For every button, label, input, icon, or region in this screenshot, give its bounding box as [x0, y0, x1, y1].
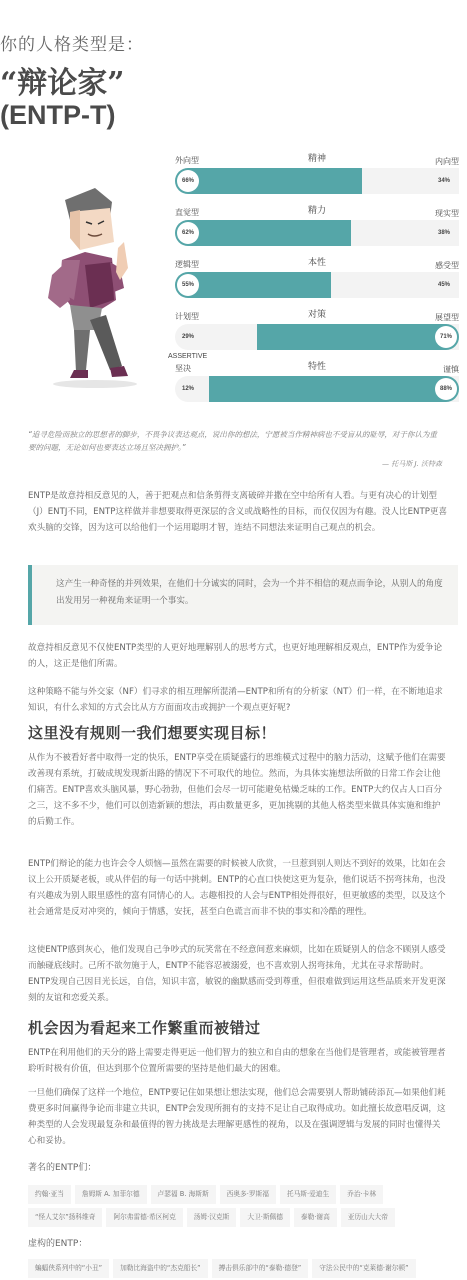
section-heading-missed-opportunities: 机会因为看起来工作繁重而被错过: [28, 1017, 261, 1038]
trait-bar: 66% 34%: [175, 168, 459, 194]
fictional-character-tag[interactable]: 搏击俱乐部中的“泰勒·德登”: [212, 1259, 309, 1278]
famous-person-tag[interactable]: 亚历山大大帝: [341, 1208, 395, 1227]
personality-type-name: “辩论家”: [0, 58, 467, 102]
paragraph-3: 这种策略不能与外交家（NF）们寻求的相互理解所混淆—ENTP和所有的分析家（NT…: [28, 684, 448, 716]
famous-person-tag[interactable]: 西奥多·罗斯福: [220, 1185, 276, 1204]
paragraph-intro: ENTP是故意持相反意见的人，善于把观点和信条剪得支离破碎并撒在空中给所有人看。…: [28, 488, 448, 536]
trait-right-percent: 45%: [433, 274, 455, 296]
trait-bar-fill: [257, 324, 459, 350]
trait-category: 精神: [175, 151, 459, 164]
result-subtitle: 你的人格类型是：: [0, 30, 467, 55]
trait-left-percent: 66%: [177, 170, 199, 192]
trait-category: 本性: [175, 255, 459, 268]
fictional-character-tag[interactable]: 加勒比海盗中的“杰克船长”: [113, 1259, 208, 1278]
trait-bar: 12% 88%: [175, 376, 459, 402]
paragraph-2: 故意持相反意见不仅使ENTP类型的人更好地理解别人的思考方式，也更好地理解相反观…: [28, 640, 448, 672]
trait-bar: 62% 38%: [175, 220, 459, 246]
trait-energy: 直觉型 精力 现实型 62% 38%: [175, 207, 459, 251]
trait-mind: 外向型 精神 内向型 66% 34%: [175, 155, 459, 199]
trait-tactics: 计划型 对策 展望型 29% 71%: [175, 311, 459, 355]
trait-left-percent: 29%: [177, 326, 199, 348]
trait-right-label: 感受型: [435, 260, 459, 271]
highlight-blockquote: 这产生一种奇怪的并列效果，在他们十分诚实的同时，会为一个并不相信的观点而争论，从…: [28, 565, 458, 625]
trait-bar-fill: [209, 376, 459, 402]
trait-right-percent: 38%: [433, 222, 455, 244]
personality-type-code: (ENTP-T): [0, 100, 467, 131]
trait-right-percent: 71%: [435, 326, 457, 348]
famous-person-tag[interactable]: 阿尔弗雷德·希区柯克: [106, 1208, 182, 1227]
blockquote-text: 这产生一种奇怪的并列效果，在他们十分诚实的同时，会为一个并不相信的观点而争论，从…: [56, 576, 446, 610]
trait-left-percent: 12%: [177, 378, 199, 400]
trait-identity: 坚决 特性 谨慎 12% 88%: [175, 363, 459, 407]
famous-person-tag[interactable]: 詹姆斯 A. 加菲尔德: [75, 1185, 147, 1204]
famous-person-tag[interactable]: 约翰·亚当: [28, 1185, 71, 1204]
famous-person-tag[interactable]: 汤姆·汉克斯: [187, 1208, 237, 1227]
famous-person-tag[interactable]: 托马斯·爱迪生: [280, 1185, 336, 1204]
famous-person-tag[interactable]: 乔治·卡林: [340, 1185, 383, 1204]
section-heading-no-rules: 这里没有规则一我们想要实现目标！: [28, 722, 276, 743]
trait-bar-fill: [175, 220, 351, 246]
famous-entp-list: 约翰·亚当 詹姆斯 A. 加菲尔德 卢瑟福 B. 海斯斯 西奥多·罗斯福 托马斯…: [28, 1185, 448, 1227]
character-illustration: [40, 180, 150, 390]
trait-nature: 逻辑型 本性 感受型 55% 45%: [175, 259, 459, 303]
trait-category: 精力: [175, 203, 459, 216]
quote-author: — 托马斯 J. 沃特森: [382, 459, 442, 469]
paragraph-8: 一旦他们确保了这样一个地位，ENTP要记住如果想让想法实现，他们总会需要别人帮助…: [28, 1085, 448, 1149]
famous-person-tag[interactable]: 泰勒·谢高: [294, 1208, 337, 1227]
trait-category: 特性: [175, 359, 459, 372]
trait-right-percent: 34%: [433, 170, 455, 192]
famous-person-tag[interactable]: “怪人艾尔”扬科维奇: [28, 1208, 102, 1227]
trait-right-label: 内向型: [435, 156, 459, 167]
trait-bar: 55% 45%: [175, 272, 459, 298]
famous-person-tag[interactable]: 大卫·斯佩德: [240, 1208, 290, 1227]
famous-person-tag[interactable]: 卢瑟福 B. 海斯斯: [151, 1185, 216, 1204]
trait-bar-fill: [175, 168, 362, 194]
trait-left-percent: 55%: [177, 274, 199, 296]
paragraph-6: 这使ENTP感到灰心，他们发现自己争吵式的玩笑常在不经意间惹来麻烦，比如在质疑别…: [28, 942, 448, 1006]
fictional-character-tag[interactable]: 守法公民中的“克莱德·谢尔顿”: [312, 1259, 415, 1278]
fictional-character-tag[interactable]: 蝙蝠侠系列中的“小丑”: [28, 1259, 109, 1278]
trait-right-percent: 88%: [435, 378, 457, 400]
trait-right-label: 谨慎: [443, 364, 459, 375]
paragraph-5: ENTP们辩论的能力也许会令人烦恼—虽然在需要的时候被人欣赏，一旦惹到别人则达不…: [28, 856, 448, 920]
paragraph-7: ENTP在利用他们的天分的路上需要走得更远一他们智力的独立和自由的想象在当他们是…: [28, 1045, 448, 1077]
trait-category: 对策: [175, 307, 459, 320]
paragraph-4: 从作为不被看好者中取得一定的快乐，ENTP享受在质疑盛行的思维模式过程中的脑力活…: [28, 750, 448, 830]
trait-right-label: 现实型: [435, 208, 459, 219]
fictional-entp-list: 蝙蝠侠系列中的“小丑” 加勒比海盗中的“杰克船长” 搏击俱乐部中的“泰勒·德登”…: [28, 1259, 448, 1278]
fictional-entp-label: 虚构的ENTP：: [28, 1236, 87, 1249]
quote-text: “追寻危险而独立的思想者的脚步，不畏争议表达观点，说出你的想法，宁愿被当作精神病…: [28, 428, 443, 454]
trait-bar: 29% 71%: [175, 324, 459, 350]
trait-right-label: 展望型: [435, 312, 459, 323]
famous-entp-label: 著名的ENTP们：: [28, 1160, 96, 1173]
trait-left-percent: 62%: [177, 222, 199, 244]
